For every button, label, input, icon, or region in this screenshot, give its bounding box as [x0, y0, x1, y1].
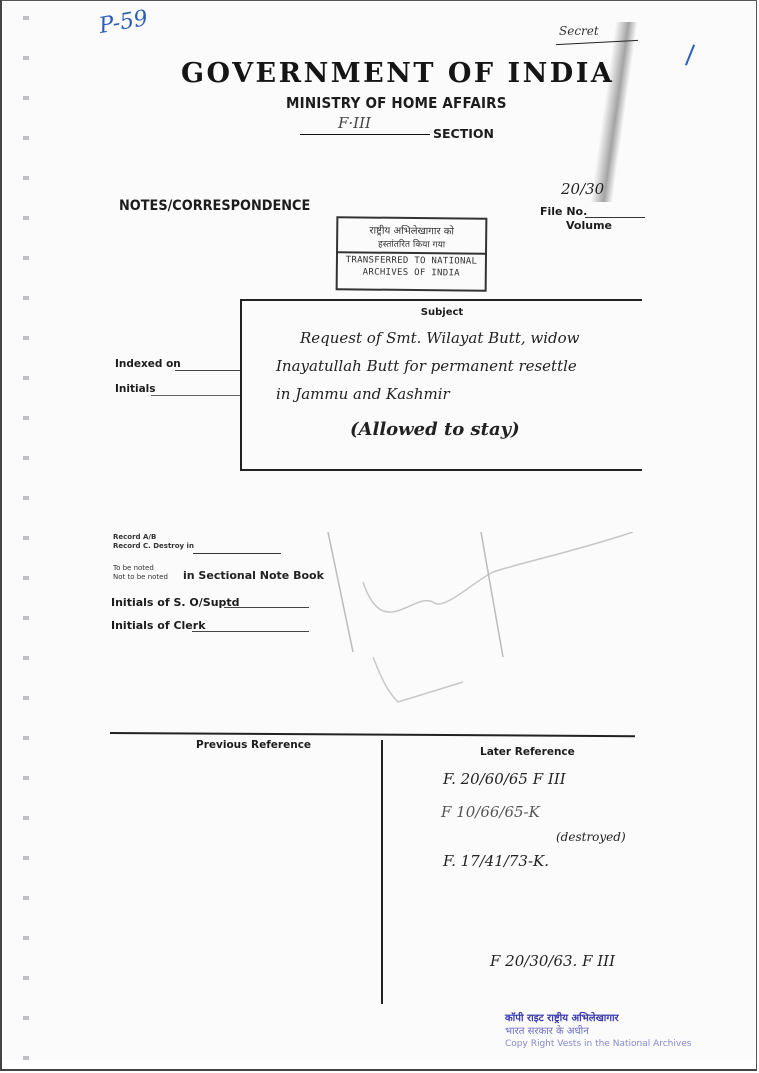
subject-label: Subject — [242, 307, 642, 318]
later-reference-note: (destroyed) — [556, 830, 626, 844]
file-number-line — [585, 217, 645, 218]
corner-tick-mark — [685, 44, 695, 65]
archive-transfer-stamp: राष्ट्रीय अभिलेखागार को हस्तांतरित किया … — [336, 216, 488, 292]
stamp-english-line-1: TRANSFERRED TO NATIONAL — [338, 255, 485, 267]
record-c-line — [193, 553, 281, 554]
subject-line-3: in Jammu and Kashmir — [276, 385, 616, 403]
later-reference-entry: F. 20/60/65 F III — [443, 770, 566, 788]
subject-status: (Allowed to stay) — [350, 419, 520, 440]
record-ab-label: Record A/B — [113, 533, 156, 541]
sectional-note-book-label: in Sectional Note Book — [183, 569, 324, 582]
copyright-stamp: कॉपी राइट राष्ट्रीय अभिलेखागार भारत सरका… — [505, 1012, 691, 1051]
record-c-label: Record C. Destroy in — [113, 542, 194, 550]
notes-correspondence-heading: NOTES/CORRESPONDENCE — [119, 198, 310, 214]
indexed-on-line — [175, 370, 240, 371]
not-to-be-noted-label: Not to be noted — [113, 573, 168, 581]
later-reference-label: Later Reference — [480, 746, 575, 758]
file-number-label: File No. — [540, 205, 587, 218]
fold-shadow — [590, 22, 637, 202]
to-be-noted-label: To be noted — [113, 564, 154, 572]
page-number-annotation: P-59 — [97, 6, 150, 39]
subject-line-1: Request of Smt. Wilayat Butt, widow — [300, 329, 640, 347]
copyright-line-2: भारत सरकार के अधीन — [505, 1025, 691, 1038]
previous-reference-label: Previous Reference — [196, 739, 311, 751]
stamp-hindi-line-1: राष्ट्रीय अभिलेखागार को — [338, 222, 485, 238]
stamp-divider — [338, 251, 485, 254]
copyright-line-3: Copy Right Vests in the National Archive… — [505, 1038, 691, 1051]
later-reference-entry: F 20/30/63. F III — [490, 952, 615, 970]
ministry-title: MINISTRY OF HOME AFFAIRS — [286, 94, 507, 112]
faint-signature — [323, 532, 643, 732]
initials-label: Initials — [115, 383, 156, 395]
initials-so-label: Initials of S. O/Suptd — [111, 596, 240, 609]
initials-so-line — [224, 607, 309, 608]
reference-divider-horizontal — [110, 732, 635, 737]
volume-label: Volume — [566, 219, 612, 232]
copyright-line-1: कॉपी राइट राष्ट्रीय अभिलेखागार — [505, 1012, 691, 1025]
section-label: SECTION — [433, 126, 494, 141]
document-page: P-59 Secret GOVERNMENT OF INDIA MINISTRY… — [3, 2, 755, 1060]
scan-edge-artifact — [23, 2, 29, 1060]
later-reference-entry: F. 17/41/73-K. — [443, 852, 549, 870]
indexed-on-label: Indexed on — [115, 358, 181, 370]
subject-box: Subject Request of Smt. Wilayat Butt, wi… — [240, 299, 642, 471]
reference-divider-vertical — [381, 740, 383, 1004]
initials-clerk-line — [192, 631, 309, 632]
section-value: F·III — [338, 114, 371, 132]
section-underline — [300, 134, 430, 135]
subject-line-2: Inayatullah Butt for permanent resettle — [276, 357, 616, 375]
secret-annotation: Secret — [559, 24, 599, 38]
initials-line — [151, 395, 240, 396]
government-title: GOVERNMENT OF INDIA — [181, 58, 614, 89]
stamp-hindi-line-2: हस्तांतरित किया गया — [338, 236, 485, 251]
later-reference-entry: F 10/66/65-K — [441, 803, 540, 821]
file-number-value: 20/30 — [561, 180, 604, 198]
stamp-english-line-2: ARCHIVES OF INDIA — [338, 267, 485, 279]
